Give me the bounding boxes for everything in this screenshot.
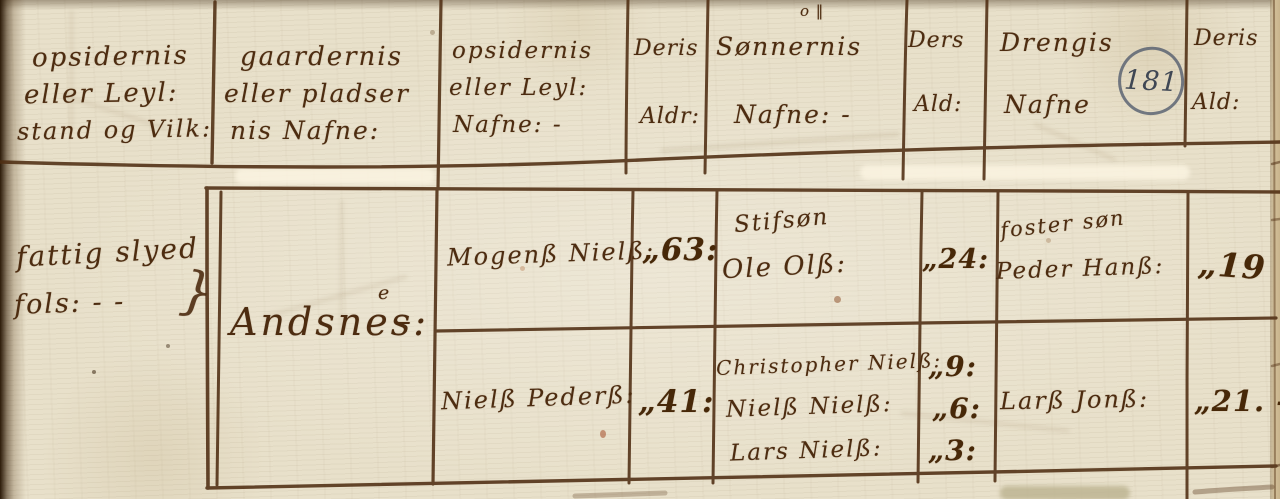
- header-sons-names-line-2: Nafne: -: [734, 100, 852, 129]
- row-1-resident-age: „63:: [642, 232, 718, 268]
- header-boys-age-line-2: Ald:: [1192, 90, 1240, 115]
- header-boys-names-line-2: Nafne: [1004, 90, 1091, 119]
- header-resident-name-line-1: opsidernis: [452, 38, 593, 64]
- household-class-line-2: fols: - -: [13, 286, 125, 321]
- header-farm-name-line-2: eller pladser: [224, 79, 410, 108]
- page-number: 181: [1123, 64, 1179, 98]
- header-resident-status-line-1: opsidernis: [32, 41, 189, 74]
- header-sons-names-line-1: Sønnernis: [716, 32, 862, 61]
- header-sons-diacritic: o ‖: [800, 2, 824, 20]
- header-resident-status-line-2: eller Leyl:: [24, 78, 179, 111]
- header-boys-names-line-1: Drengis: [1000, 28, 1114, 57]
- row-1-son-age: „24:: [922, 244, 989, 275]
- header-resident-status-line-3: stand og Vilk:: [17, 114, 213, 145]
- header-resident-name-line-3: Nafne: -: [453, 112, 563, 138]
- header-resident-age-line-1: Deris: [634, 36, 699, 61]
- row-2-son-3-name: Lars Nielß:: [730, 435, 883, 466]
- row-2-boy-age: „21. –: [1194, 384, 1280, 418]
- header-boys-age-line-1: Deris: [1194, 26, 1259, 51]
- household-class-brace: }: [176, 260, 218, 324]
- farm-name-dash: –: [396, 304, 413, 339]
- header-farm-name-line-3: nis Nafne:: [230, 116, 380, 145]
- header-resident-age-line-2: Aldr:: [640, 104, 700, 129]
- row-2-son-1-age: „9:: [928, 350, 977, 383]
- header-sons-age-line-2: Ald:: [914, 92, 962, 117]
- row-2-son-3-age: „3:: [928, 434, 977, 467]
- row-2-boy-name: Larß Jonß:: [1000, 385, 1149, 416]
- header-sons-age-line-1: Ders: [908, 28, 964, 53]
- header-farm-name-line-1: gaardernis: [240, 42, 403, 72]
- farm-name-superscript: e: [378, 282, 391, 304]
- row-2-son-2-age: „6:: [932, 392, 981, 425]
- manuscript-register-page: 181 opsidernis eller Leyl: stand og Vilk…: [0, 0, 1280, 499]
- row-2-resident-age: „41:: [638, 384, 714, 420]
- header-resident-name-line-2: eller Leyl:: [449, 75, 588, 101]
- row-1-boy-age: „19: [1197, 244, 1267, 288]
